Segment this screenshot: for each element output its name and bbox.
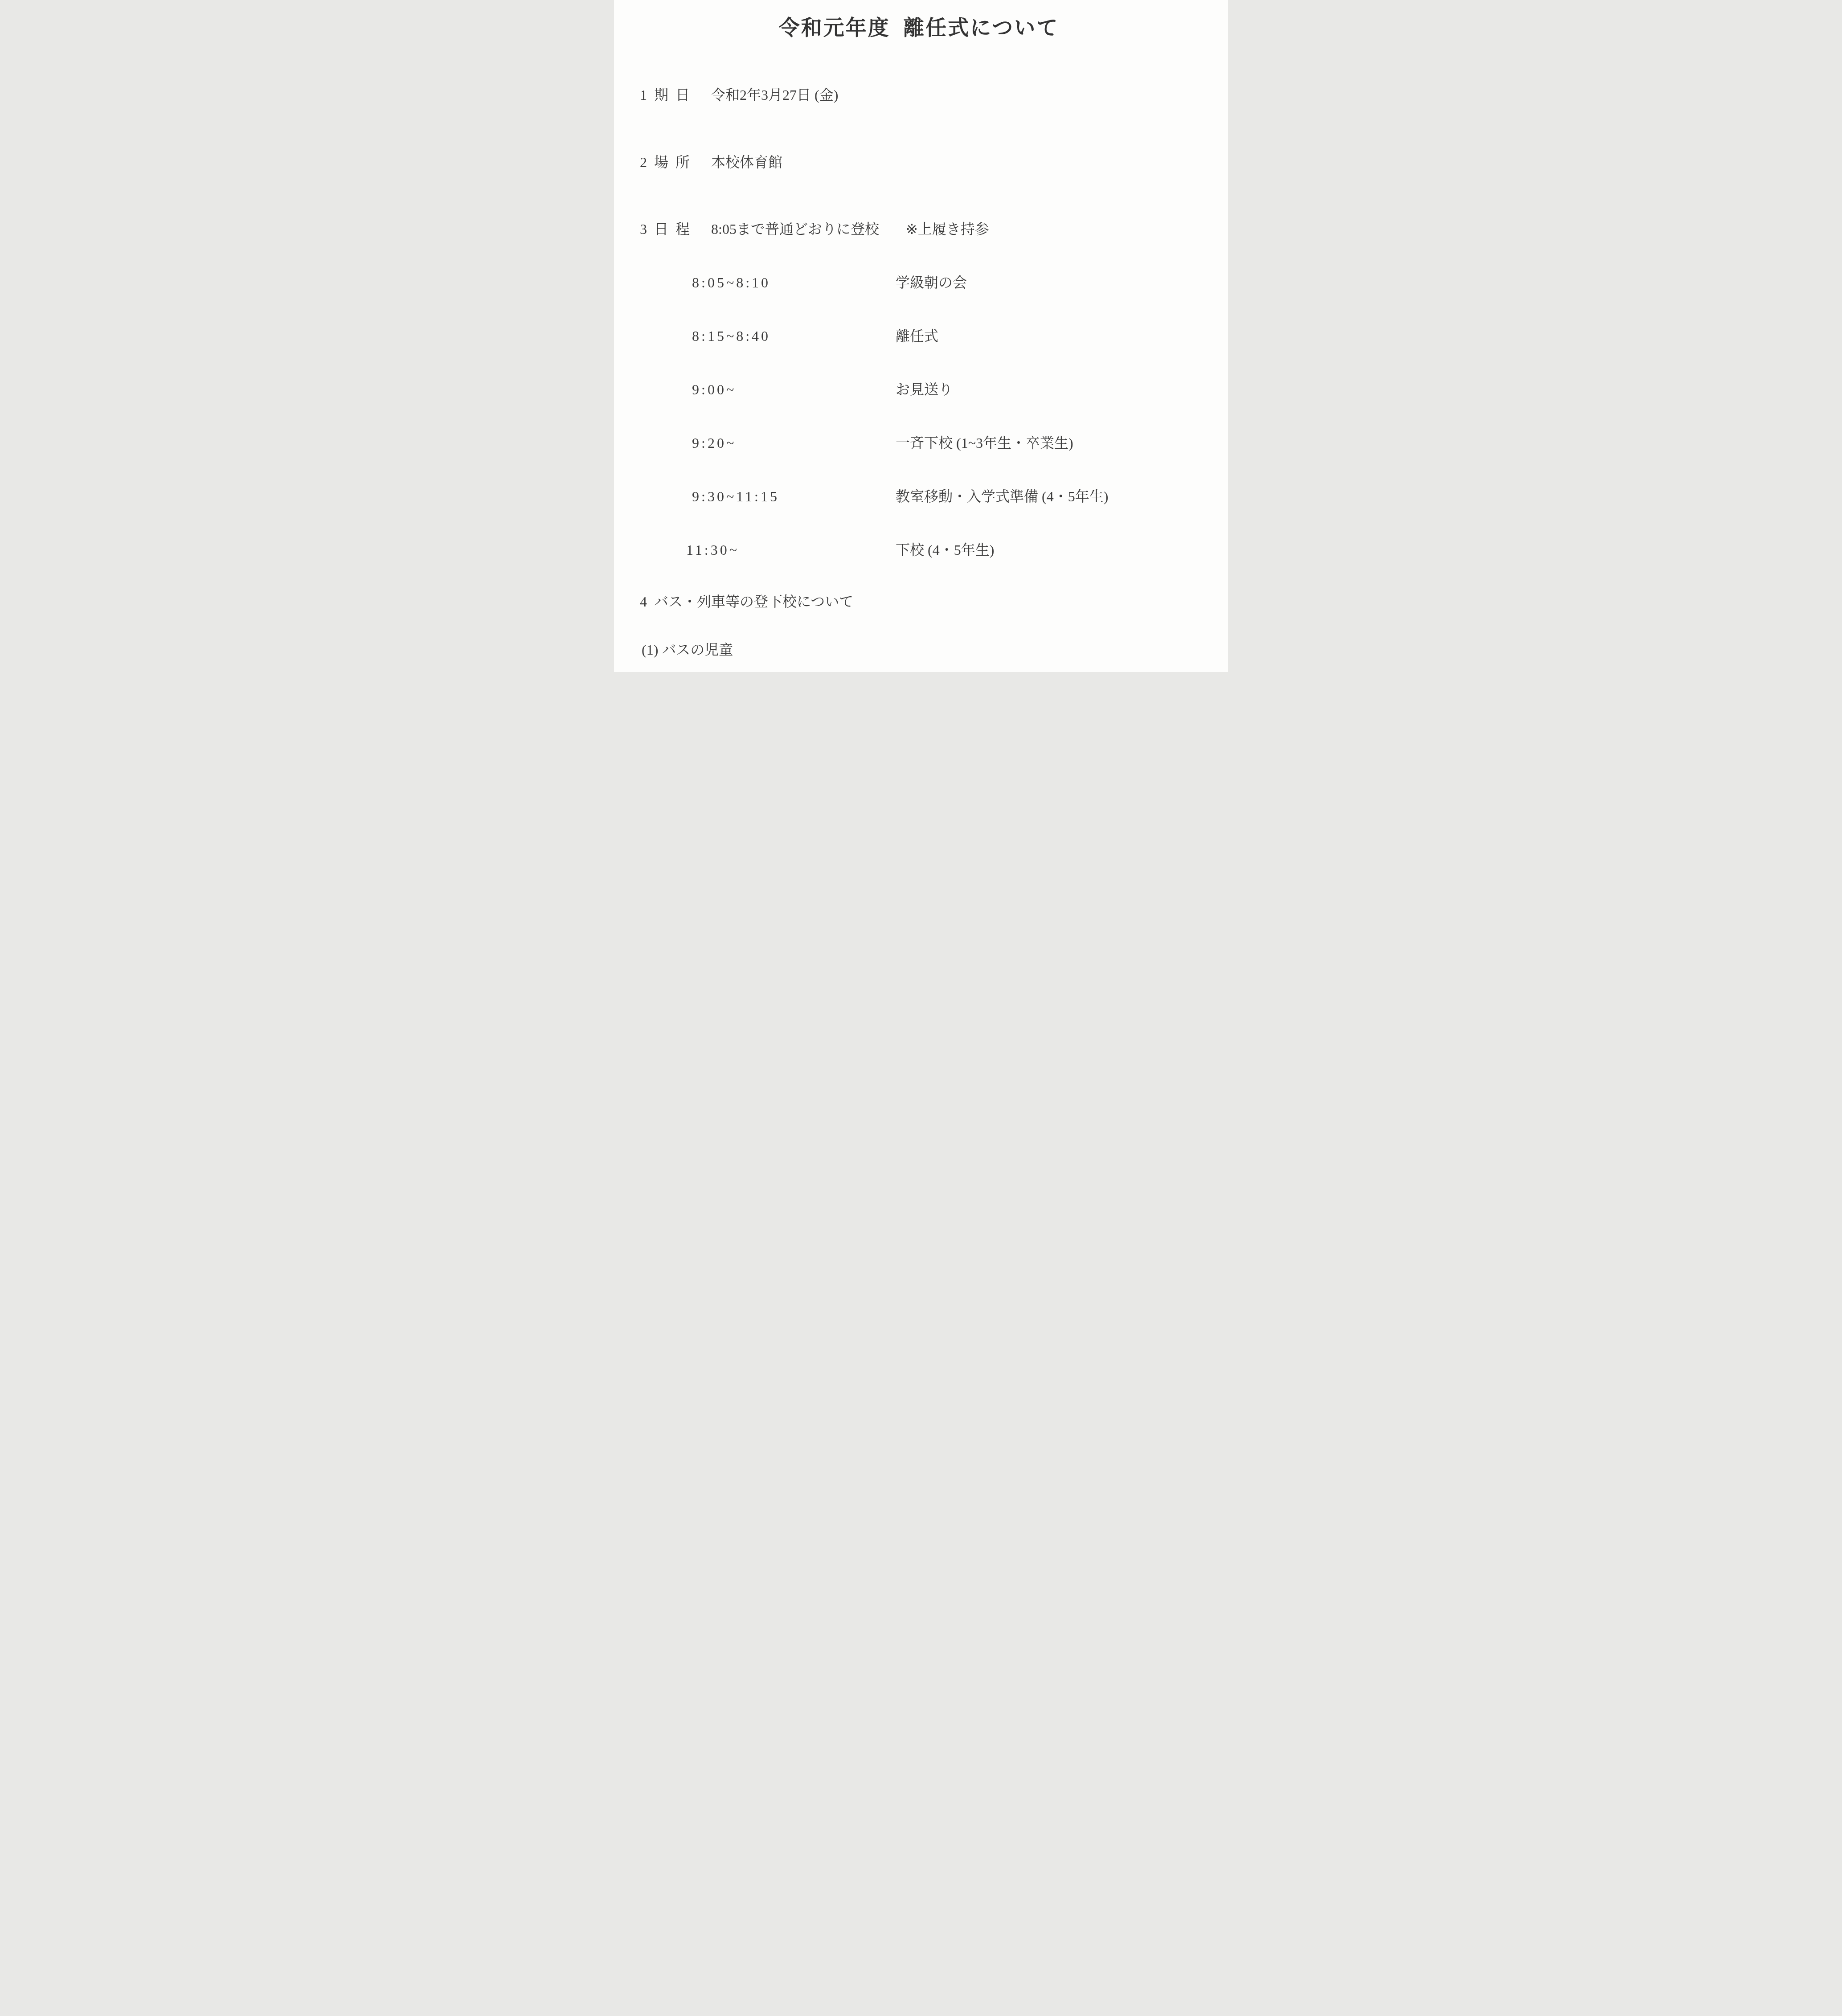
transport-section-heading: 4 バス・列車等の登下校について bbox=[626, 578, 1212, 626]
schedule-time: 11:30~ bbox=[686, 541, 896, 559]
schedule-row: 8:05~8:10学級朝の会 bbox=[672, 256, 1212, 309]
document-page: 令和元年度 離任式について 1 期 日令和2年3月27日 (金) 2 場 所本校… bbox=[614, 0, 1228, 672]
schedule-desc: 下校 (4・5年生) bbox=[896, 542, 994, 558]
schedule-row: 9:20~一斉下校 (1~3年生・卒業生) bbox=[672, 416, 1212, 470]
schedule-time: 8:05~8:10 bbox=[686, 274, 896, 291]
place-label: 2 場 所 bbox=[640, 153, 711, 171]
schedule-row: 9:30~11:15教室移動・入学式準備 (4・5年生) bbox=[672, 470, 1212, 523]
schedule-first-item: 8:05まで普通どおりに登校 bbox=[711, 221, 879, 237]
indoor-shoes-note: ※上履き持参 bbox=[906, 221, 989, 237]
schedule-time: 9:00~ bbox=[686, 381, 896, 398]
doc-title: 令和元年度 離任式について bbox=[626, 13, 1212, 43]
schedule-row: 8:15~8:40離任式 bbox=[672, 309, 1212, 363]
schedule-label: 3 日 程 bbox=[640, 220, 711, 238]
transport-heading-text: 4 バス・列車等の登下校について bbox=[640, 594, 853, 610]
schedule-time: 8:15~8:40 bbox=[686, 327, 896, 345]
date-value: 令和2年3月27日 (金) bbox=[711, 87, 838, 103]
place-line: 2 場 所本校体育館 bbox=[626, 135, 1212, 189]
schedule-desc: 離任式 bbox=[896, 328, 938, 344]
schedule-time: 9:30~11:15 bbox=[686, 488, 896, 505]
bus-heading-text: (1) バスの児童 bbox=[642, 642, 733, 658]
date-label: 1 期 日 bbox=[640, 86, 711, 104]
schedule-desc: 一斉下校 (1~3年生・卒業生) bbox=[896, 435, 1073, 451]
schedule-row: 11:30~下校 (4・5年生) bbox=[672, 523, 1212, 577]
schedule-desc: 学級朝の会 bbox=[896, 275, 967, 291]
bus-subsection-heading: (1) バスの児童 bbox=[627, 626, 1212, 672]
schedule-desc: お見送り bbox=[896, 381, 953, 397]
schedule-desc: 教室移動・入学式準備 (4・5年生) bbox=[896, 488, 1108, 504]
schedule-row: 9:00~お見送り bbox=[672, 363, 1212, 416]
place-value: 本校体育館 bbox=[711, 154, 782, 170]
schedule-heading-line: 3 日 程8:05まで普通どおりに登校※上履き持参 bbox=[626, 202, 1212, 256]
schedule-time: 9:20~ bbox=[686, 434, 896, 452]
date-line: 1 期 日令和2年3月27日 (金) bbox=[626, 68, 1212, 122]
